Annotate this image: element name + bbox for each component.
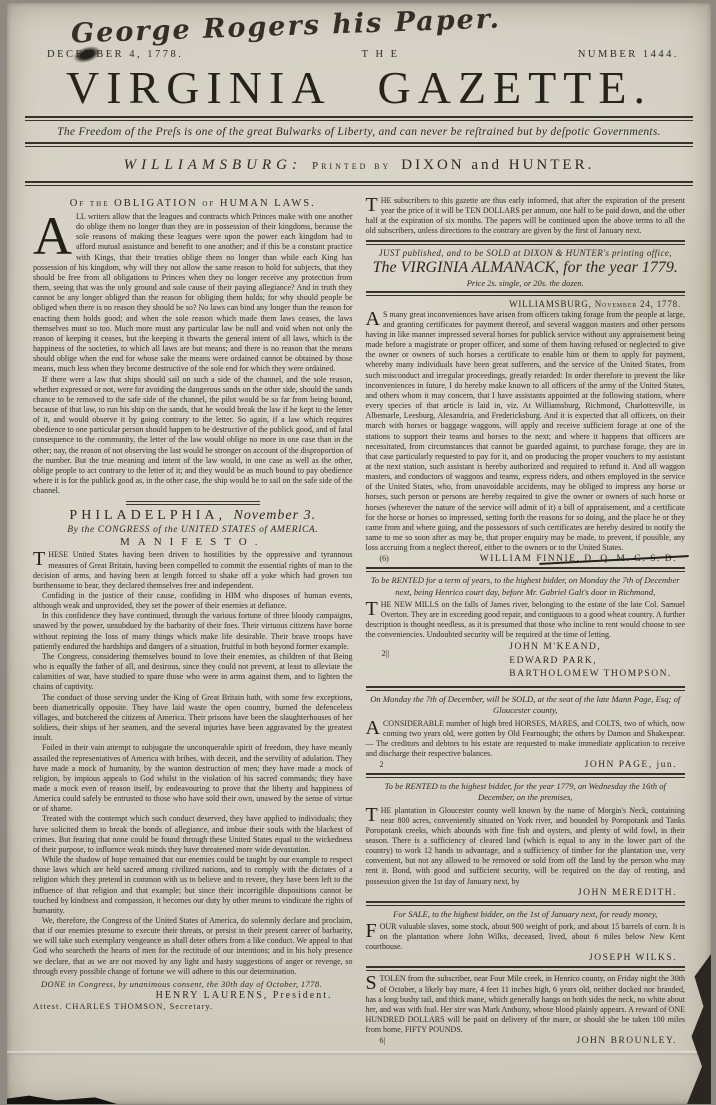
- issue-date: DECEMBER 4, 1778.: [47, 49, 183, 60]
- plantation-ad-heading: To be RENTED to the highest bidder, for …: [368, 781, 684, 803]
- wilks-signature: JOSEPH WILKS.: [589, 953, 677, 963]
- dateline-place: PHILADELPHIA,: [69, 508, 226, 523]
- imprint-city: WILLIAMSBURG:: [124, 157, 302, 173]
- stolen-signature-row: 6| JOHN BROUNLEY.: [366, 1035, 686, 1046]
- almanack-ad-lead: JUST published, and to be SOLD at DIXON …: [366, 248, 686, 258]
- park-signature: EDWARD PARK,: [509, 655, 685, 668]
- plantation-signature-row: JOHN MEREDITH.: [366, 887, 686, 898]
- manifesto-paragraph: Foiled in their vain attempt to subjugat…: [33, 743, 353, 814]
- newspaper-title: VIRGINIA GAZETTE.: [7, 61, 711, 114]
- thompson-signature: BARTHOLOMEW THOMPSON.: [509, 668, 685, 681]
- plantation-ad-body: THE plantation in Gloucester county well…: [366, 806, 686, 887]
- handwritten-inscription: George Rogers his Paper.: [71, 4, 502, 50]
- divider-rule: [25, 181, 693, 186]
- law-paragraph-2: If there were a law that ships should sa…: [33, 375, 353, 497]
- dateline-date: November 3.: [234, 508, 317, 523]
- divider-rule: [366, 773, 686, 778]
- drop-cap-T: T: [366, 600, 381, 618]
- issue-number: NUMBER 1444.: [578, 49, 679, 60]
- manifesto-paragraph: The Congress, considering themselves bou…: [33, 652, 353, 693]
- torn-corner-bottom-left: [7, 1092, 117, 1104]
- law-paragraph-1: ALL writers allow that the leagues and c…: [33, 212, 353, 375]
- divider-rule: [25, 116, 693, 121]
- newspaper-page: George Rogers his Paper. DECEMBER 4, 177…: [7, 3, 711, 1104]
- signature-list: JOHN M'KEAND, EDWARD PARK, BARTHOLOMEW T…: [509, 641, 685, 681]
- subscribers-text: HE subscribers to this gazette are thus …: [366, 196, 686, 235]
- plantation-text: HE plantation in Gloucester county well …: [366, 806, 686, 886]
- finnie-signature: WILLIAM FINNIE, D. Q. M. G. S. D.: [480, 554, 677, 564]
- scanned-newspaper: George Rogers his Paper. DECEMBER 4, 177…: [0, 0, 716, 1105]
- masthead-row: DECEMBER 4, 1778. T H E NUMBER 1444.: [7, 49, 711, 60]
- ad-mark: 6|: [380, 1036, 386, 1045]
- divider-rule: [366, 966, 686, 971]
- drop-cap-S: S: [366, 974, 380, 992]
- meredith-signature: JOHN MEREDITH.: [578, 888, 677, 898]
- almanack-ad-title: The VIRGINIA ALMANACK, for the year 1779…: [366, 259, 686, 277]
- new-mills-text: HE NEW MILLS on the falls of James river…: [366, 600, 686, 639]
- ad-mark: 2: [380, 760, 384, 769]
- right-column: THE subscribers to this gazette are thus…: [366, 196, 686, 1046]
- divider-rule: [366, 686, 686, 691]
- divider-rule: [366, 240, 686, 245]
- left-column: Of the OBLIGATION of HUMAN LAWS. ALL wri…: [33, 196, 353, 1046]
- manifesto-paragraph: In this confidence they have continued, …: [33, 611, 353, 652]
- stolen-text: TOLEN from the subscriber, near Four Mil…: [366, 974, 686, 1034]
- ad-mark: (6): [380, 554, 389, 563]
- masthead-the: T H E: [362, 49, 400, 60]
- manifesto-paragraph: We, therefore, the Congress of the Unite…: [33, 916, 353, 977]
- brounley-signature: JOHN BROUNLEY.: [576, 1036, 677, 1046]
- horses-text: CONSIDERABLE number of high bred HORSES,…: [366, 719, 686, 758]
- president-signature: HENRY LAURENS, President.: [33, 990, 353, 1001]
- drop-cap-T: T: [366, 806, 381, 824]
- manifesto-paragraph: The conduct of those serving under the K…: [33, 693, 353, 744]
- new-mills-ad-body: THE NEW MILLS on the falls of James rive…: [366, 600, 686, 641]
- manifesto-title: MANIFESTO.: [33, 536, 353, 548]
- almanack-ad-price: Price 2s. single, or 20s. the dozen.: [366, 278, 686, 288]
- manifesto-paragraph: While the shadow of hope remained that o…: [33, 855, 353, 916]
- divider-rule: [25, 142, 693, 147]
- new-mills-ad-heading: To be RENTED for a term of years, to the…: [368, 575, 684, 597]
- drop-cap-F: F: [366, 922, 380, 940]
- subscribers-notice: THE subscribers to this gazette are thus…: [366, 196, 686, 237]
- sale-ad-heading: For SALE, to the highest bidder, on the …: [368, 909, 684, 920]
- motto: The Freedom of the Preſs is one of the g…: [7, 123, 711, 140]
- drop-cap-A: A: [366, 310, 383, 328]
- horses-ad-heading: On Monday the 7th of December, will be S…: [368, 694, 684, 716]
- new-mills-signatures: 2|| JOHN M'KEAND, EDWARD PARK, BARTHOLOM…: [366, 640, 686, 683]
- imprint-printed-by: Printed by: [306, 160, 397, 172]
- manifesto-text: HESE United States having been driven to…: [33, 550, 353, 589]
- manifesto-paragraph: THESE United States having been driven t…: [33, 550, 353, 591]
- drop-cap-T: T: [33, 550, 48, 568]
- divider-rule: [366, 567, 686, 572]
- drop-cap-A: A: [33, 212, 76, 259]
- sale-ad-body: FOUR valuable slaves, some stock, about …: [366, 922, 686, 952]
- stolen-notice-body: STOLEN from the subscriber, near Four Mi…: [366, 974, 686, 1035]
- williamsburg-dateline: WILLIAMSBURG, November 24, 1778.: [366, 299, 686, 309]
- law-article-heading: Of the OBLIGATION of HUMAN LAWS.: [33, 198, 353, 209]
- forage-text: S many great inconveniences have arisen …: [366, 310, 686, 553]
- section-divider: [126, 501, 260, 505]
- law-text-1: LL writers allow that the leagues and co…: [33, 212, 353, 373]
- column-layout: Of the OBLIGATION of HUMAN LAWS. ALL wri…: [7, 188, 711, 1046]
- sale-signature-row: JOSEPH WILKS.: [366, 952, 686, 963]
- congress-byline: By the CONGRESS of the UNITED STATES of …: [33, 525, 353, 535]
- ad-mark: 2||: [382, 648, 390, 658]
- page-signature: JOHN PAGE, jun.: [585, 760, 677, 770]
- manifesto-paragraph: Treated with the contempt which such con…: [33, 814, 353, 855]
- imprint-printers: DIXON and HUNTER.: [401, 157, 594, 173]
- forage-notice: AS many great inconveniences have arisen…: [366, 310, 686, 554]
- philadelphia-dateline: PHILADELPHIA, November 3.: [33, 508, 353, 524]
- horses-signature-row: 2 JOHN PAGE, jun.: [366, 759, 686, 770]
- divider-rule: [366, 901, 686, 906]
- sale-text: OUR valuable slaves, some stock, about 9…: [366, 922, 686, 951]
- drop-cap-A: A: [366, 719, 383, 737]
- mkeand-signature: JOHN M'KEAND,: [509, 641, 685, 654]
- horses-ad-body: ACONSIDERABLE number of high bred HORSES…: [366, 719, 686, 760]
- drop-cap-T: T: [366, 196, 381, 214]
- done-in-congress-line: DONE in Congress, by unanimous consent, …: [33, 979, 353, 989]
- divider-rule: [366, 291, 686, 296]
- manifesto-paragraph: Confiding in the justice of their cause,…: [33, 591, 353, 611]
- paper-crease: [7, 1051, 711, 1055]
- imprint-line: WILLIAMSBURG: Printed by DIXON and HUNTE…: [7, 149, 711, 179]
- attest-line: Attest. CHARLES THOMSON, Secretary.: [33, 1001, 353, 1011]
